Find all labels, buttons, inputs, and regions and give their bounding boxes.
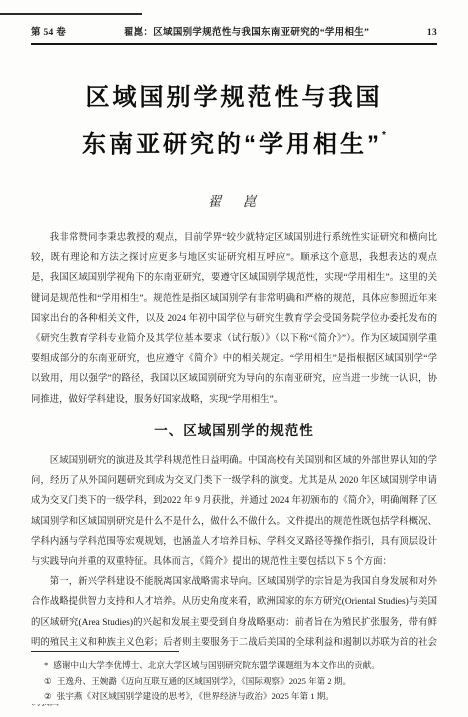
scan-artifact-line (0, 13, 142, 15)
section-paragraph-1: 区域国别研究的演进及其学科规范性日益明确。中国高校有关国别和区域的外部世界认知的… (31, 451, 437, 572)
title-footnote-marker: * (382, 130, 386, 141)
footnote-text: 王逸舟、王婉潞《迈向互联互通的区域国别学》，《国际观察》2025 年第 2 期。 (57, 674, 437, 689)
page-number: 13 (427, 28, 437, 38)
footnote-item: ② 张宇燕《对区域国别学建设的思考》，《世界经济与政治》2025 年第 1 期。 (31, 689, 437, 704)
section-heading: 一、区域国别学的规范性 (31, 421, 437, 441)
footnote-marker: ② (44, 689, 52, 704)
author-name: 翟 崑 (31, 190, 437, 210)
header-rule (31, 43, 437, 45)
footnote-item: * 感谢中山大学李优博士、北京大学区域与国别研究院东盟学课题组为本文作出的贡献。 (31, 658, 437, 673)
running-title: 翟崑：区域国别学规范性与我国东南亚研究的“学用相生” (66, 24, 427, 38)
journal-page: 第 54 卷 翟崑：区域国别学规范性与我国东南亚研究的“学用相生” 13 区域国… (0, 0, 468, 717)
running-head: 第 54 卷 翟崑：区域国别学规范性与我国东南亚研究的“学用相生” 13 (31, 0, 437, 38)
footnote-item: ① 王逸舟、王婉潞《迈向互联互通的区域国别学》，《国际观察》2025 年第 2 … (31, 674, 437, 689)
intro-paragraph: 我非常赞同李秉忠教授的观点，目前学界“较少就特定区域国别进行系统性实证研究和横向… (31, 228, 437, 410)
footnote-block: * 感谢中山大学李优博士、北京大学区域与国别研究院东盟学课题组为本文作出的贡献。… (31, 651, 437, 704)
article-title: 区域国别学规范性与我国 东南亚研究的“学用相生”* (31, 79, 437, 164)
footnote-text: 感谢中山大学李优博士、北京大学区域与国别研究院东盟学课题组为本文作出的贡献。 (53, 658, 437, 673)
footnote-rule (31, 651, 179, 652)
volume-label: 第 54 卷 (31, 24, 66, 38)
footnote-marker: * (44, 658, 48, 673)
footnote-marker: ① (44, 674, 52, 689)
footnote-text: 张宇燕《对区域国别学建设的思考》，《世界经济与政治》2025 年第 1 期。 (57, 689, 437, 704)
article-body: 我非常赞同李秉忠教授的观点，目前学界“较少就特定区域国别进行系统性实证研究和横向… (31, 228, 437, 714)
article-title-line2: 东南亚研究的“学用相生”* (31, 117, 437, 164)
article-title-line1: 区域国别学规范性与我国 (31, 79, 437, 117)
